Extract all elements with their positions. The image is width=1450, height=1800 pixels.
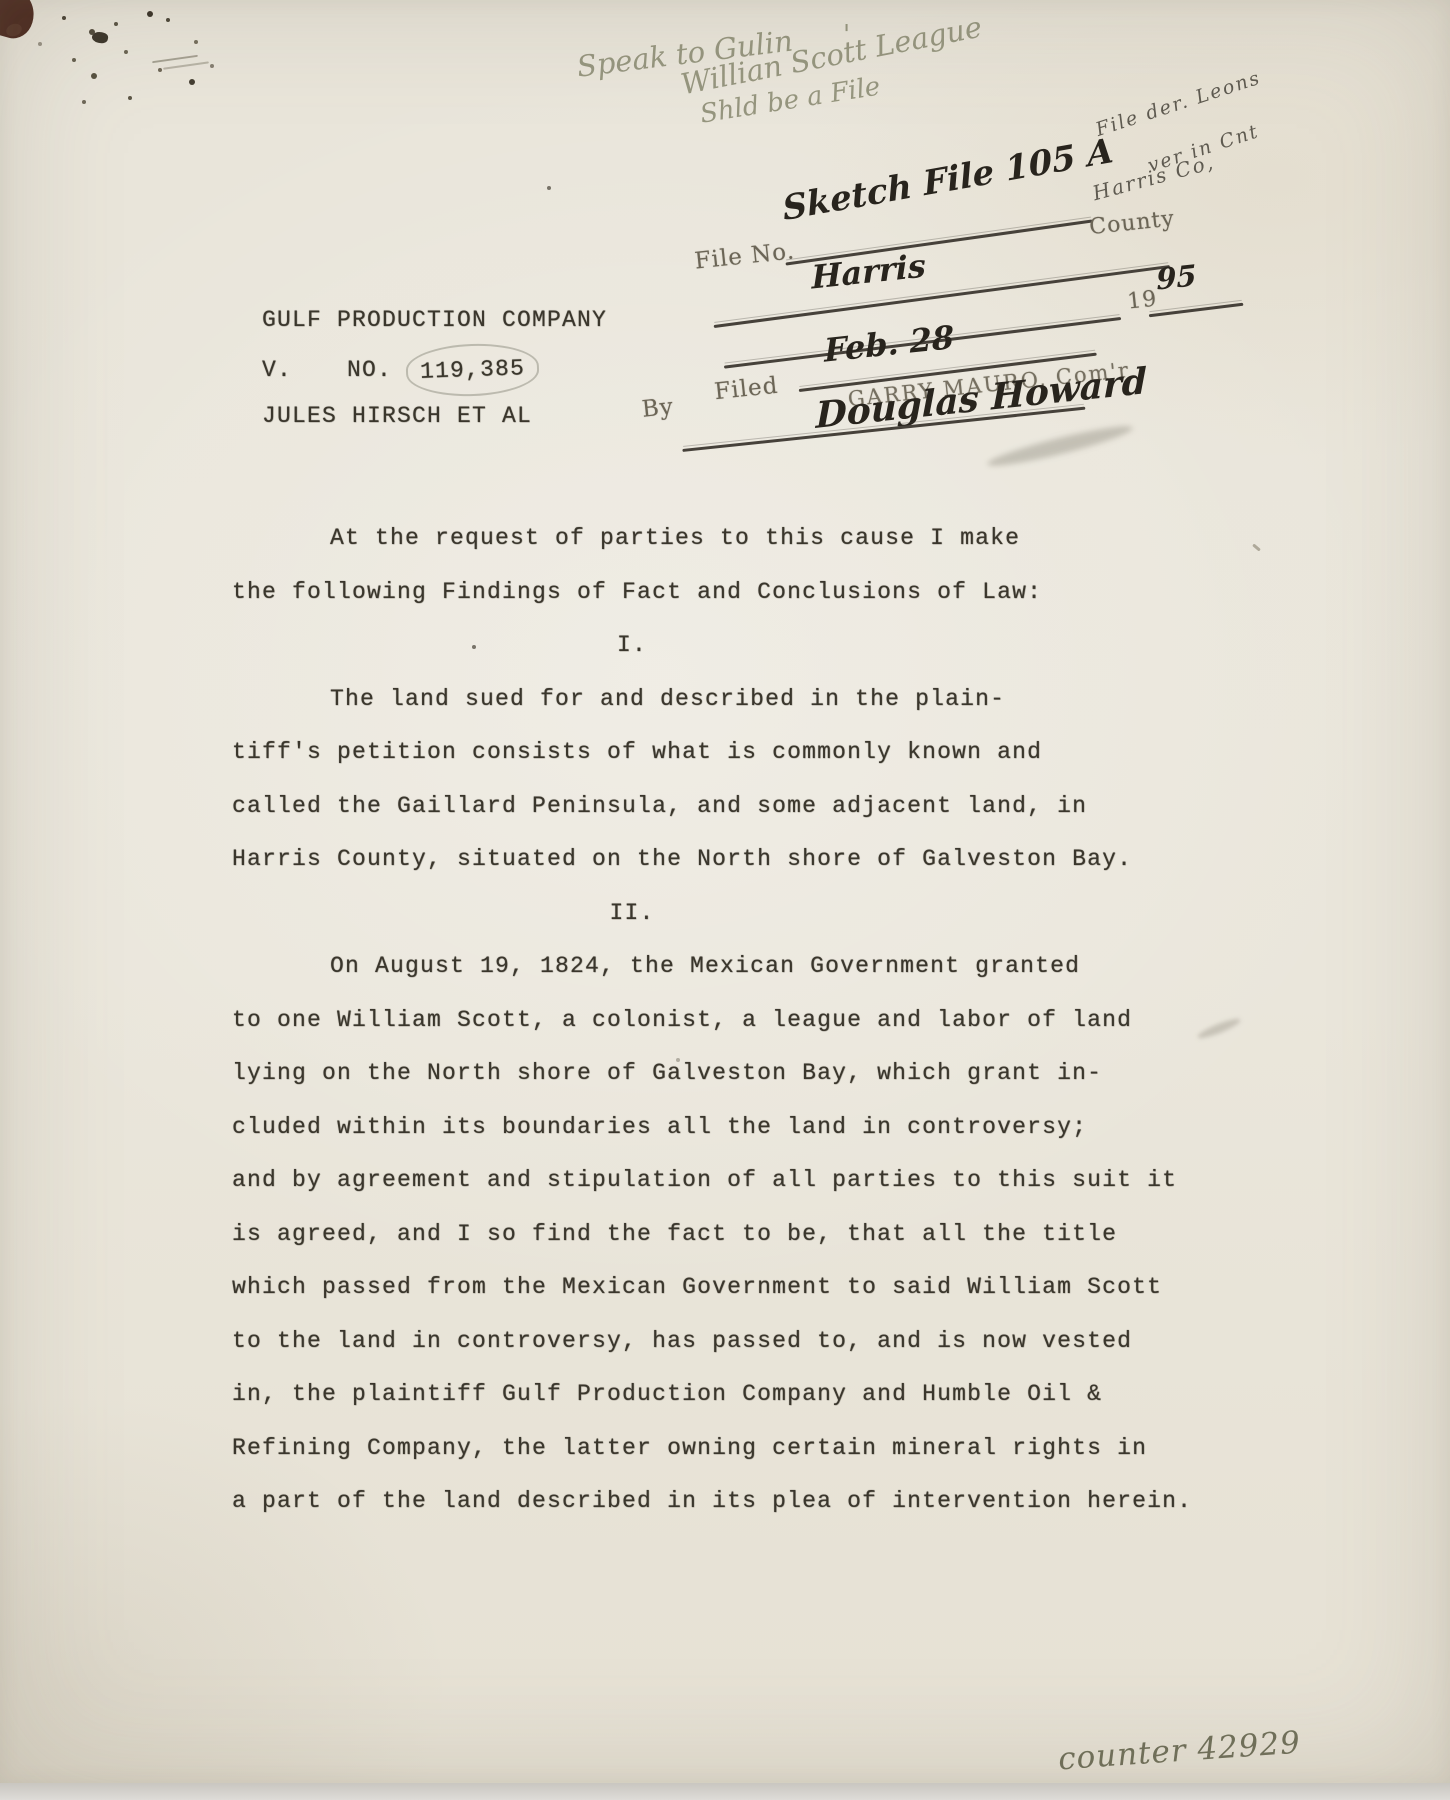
county-value-handwritten: Harris: [811, 246, 927, 296]
body-line: to one William Scott, a colonist, a leag…: [232, 994, 1142, 1048]
year-value-handwritten: 95: [1156, 258, 1197, 296]
counter-note: counter 42929: [1057, 1725, 1302, 1778]
body-line: a part of the land described in its plea…: [232, 1475, 1142, 1529]
section-heading-2: II.: [232, 887, 1142, 941]
body-line: called the Gaillard Peninsula, and some …: [232, 780, 1142, 834]
file-no-label: File No.: [693, 238, 796, 274]
pencil-scratch: [152, 55, 198, 63]
body-line: Harris County, situated on the North sho…: [232, 833, 1142, 887]
stamp-underline: [1149, 303, 1244, 318]
scanned-legal-document: { "doc": { "pencil": { "l1": "Speak to G…: [0, 0, 1450, 1800]
caption-defendant: JULES HIRSCH ET AL: [262, 392, 607, 440]
document-body: At the request of parties to this cause …: [232, 512, 1142, 1529]
body-line: to the land in controversy, has passed t…: [232, 1315, 1142, 1369]
stray-dot: [547, 186, 551, 190]
body-line: tiff's petition consists of what is comm…: [232, 726, 1142, 780]
stray-mark: [1252, 543, 1261, 551]
body-line: The land sued for and described in the p…: [232, 673, 1142, 727]
filed-label: Filed: [713, 373, 779, 406]
pencil-smudge: [1196, 1016, 1242, 1042]
filed-date-handwritten: Feb. 28: [823, 318, 954, 370]
scanner-background: [0, 1783, 1450, 1800]
caption-plaintiff: GULF PRODUCTION COMPANY: [262, 296, 607, 344]
file-no-value-handwritten: Sketch File 105 A: [781, 131, 1115, 229]
pencil-tick-mark: ': [843, 20, 850, 50]
body-line: and by agreement and stipulation of all …: [232, 1154, 1142, 1208]
body-line: At the request of parties to this cause …: [232, 512, 1142, 566]
by-value-signature: Douglas Howard: [816, 360, 1147, 437]
body-line: On August 19, 1824, the Mexican Governme…: [232, 940, 1142, 994]
body-line: lying on the North shore of Galveston Ba…: [232, 1047, 1142, 1101]
county-label: County: [1088, 206, 1176, 240]
body-line: which passed from the Mexican Government…: [232, 1261, 1142, 1315]
by-label: By: [641, 394, 675, 423]
body-line: the following Findings of Fact and Concl…: [232, 566, 1142, 620]
caption-versus-line: V.NO.119,385: [262, 344, 607, 392]
section-heading-1: I.: [232, 619, 1142, 673]
case-number: 119,385: [405, 342, 540, 399]
ink-blot: [91, 30, 109, 44]
body-line: Refining Company, the latter owning cert…: [232, 1422, 1142, 1476]
year-prefix-label: 19: [1126, 287, 1158, 315]
body-line: cluded within its boundaries all the lan…: [232, 1101, 1142, 1155]
speck-cluster: [62, 16, 66, 20]
corner-stain: [0, 0, 40, 43]
file-stamp: File No. Sketch File 105 A County Harris…: [690, 185, 1194, 484]
case-caption: GULF PRODUCTION COMPANY V.NO.119,385 JUL…: [262, 296, 607, 440]
versus-label: V.: [262, 357, 292, 383]
paper-sheet: Speak to Gulin Willian Scott League Shld…: [0, 0, 1450, 1783]
stray-dot: [676, 1058, 680, 1062]
stray-dot: [472, 645, 476, 649]
body-line: in, the plaintiff Gulf Production Compan…: [232, 1368, 1142, 1422]
body-line: is agreed, and I so find the fact to be,…: [232, 1208, 1142, 1262]
case-no-label: NO.: [347, 357, 392, 383]
